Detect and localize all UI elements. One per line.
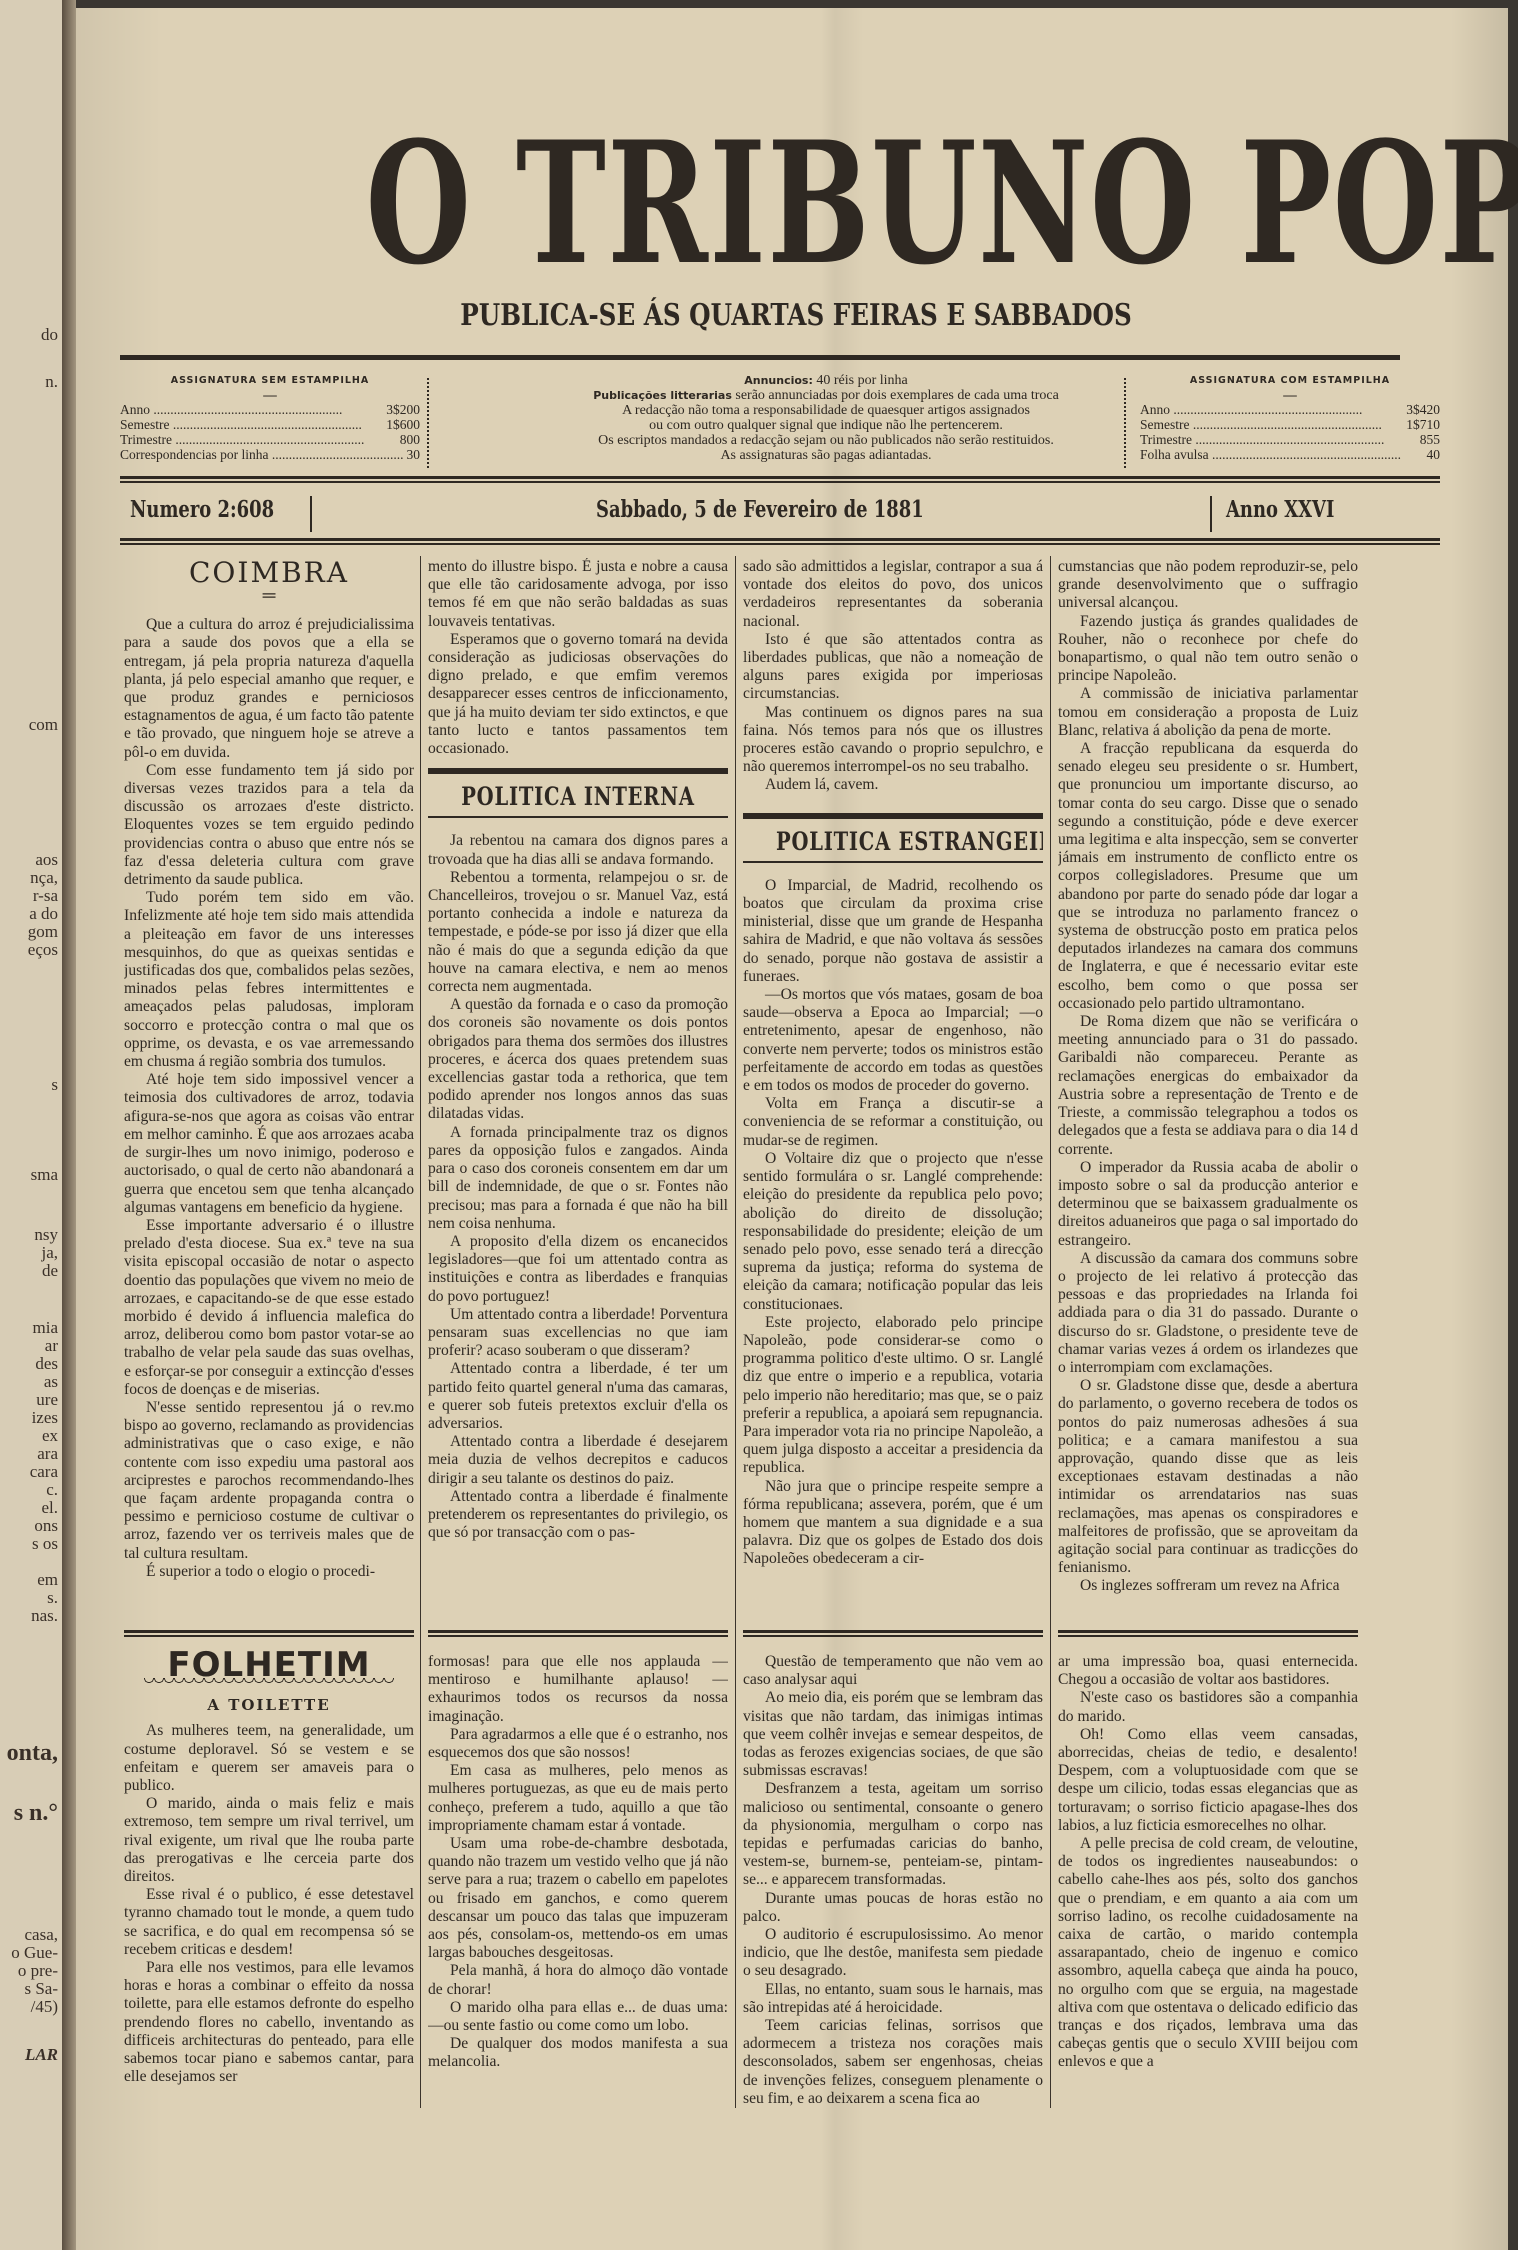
adjacent-text-fragment: de [42, 1261, 58, 1281]
dateline-bottom-rule [120, 538, 1440, 545]
adjacent-text-fragment: cara [30, 1462, 58, 1482]
adjacent-text-fragment: nsy [34, 1225, 58, 1245]
folhetim-subtitle: A TOILETTE [124, 1696, 414, 1714]
adjacent-text-fragment: onta, [7, 1740, 58, 1767]
price-label: Folha avulsa [1140, 447, 1423, 462]
price-label: Correspondencias por linha [120, 447, 403, 462]
price-row: Semestre1$710 [1140, 417, 1440, 432]
paragraph: Isto é que são attentados contra as libe… [743, 631, 1043, 704]
price-label: Trimestre [1140, 432, 1416, 447]
paragraph: O marido olha para ellas e... de duas um… [428, 1999, 728, 2035]
paragraph: formosas! para que elle nos applauda — m… [428, 1653, 728, 1726]
dateline-divider [1210, 496, 1212, 532]
column-4: cumstancias que não podem reproduzir-se,… [1058, 558, 1358, 1618]
section-rule [428, 768, 728, 774]
paragraph: Para agradarmos a elle que é o estranho,… [428, 1726, 728, 1762]
adjacent-text-fragment: nça, [30, 868, 58, 888]
paragraph: O Imparcial, de Madrid, recolhendo os bo… [743, 877, 1043, 986]
price-row: Anno3$200 [120, 402, 420, 417]
paragraph: Que a cultura do arroz é prejudicialissi… [124, 616, 414, 762]
folhetim-rule [743, 1630, 1043, 1637]
notice-text: Os escriptos mandados a redacção sejam o… [506, 433, 1146, 448]
notice-text: ou com outro qualquer signal que indique… [506, 418, 1146, 433]
adjacent-text-fragment: des [35, 1354, 58, 1374]
column-separator [420, 1648, 421, 2108]
paragraph: Um attentado contra a liberdade! Porvent… [428, 1306, 728, 1361]
notice-text: 40 réis por linha [816, 373, 907, 388]
paragraph: sado são admittidos a legislar, contrapo… [743, 558, 1043, 631]
notice-label: Publicações litterarias [593, 389, 732, 402]
paragraph: O sr. Gladstone disse que, desde a abert… [1058, 1377, 1358, 1577]
adjacent-text-fragment: el. [41, 1498, 58, 1518]
paragraph: Audem lá, cavem. [743, 776, 1043, 794]
section-title: COIMBRA [124, 564, 414, 582]
page-gutter [62, 0, 76, 2250]
paragraph: Usam uma robe-de-chambre desbotada, quan… [428, 1835, 728, 1962]
column-separator [735, 1648, 736, 2108]
paragraph: Não jura que o principe respeite sempre … [743, 1478, 1043, 1569]
price-value: 3$420 [1402, 402, 1440, 417]
paragraph: Attentado contra a liberdade é desejarem… [428, 1433, 728, 1488]
notice-text: serão annunciadas por dois exemplares de… [735, 388, 1058, 403]
adjacent-text-fragment: o pre- [18, 1961, 58, 1981]
paragraph: A pelle precisa de cold cream, de velout… [1058, 1835, 1358, 2072]
adjacent-text-fragment: nas. [31, 1606, 58, 1626]
section-rule [743, 861, 1043, 863]
adjacent-text-fragment: ure [36, 1390, 58, 1410]
price-value: 30 [403, 447, 421, 462]
adjacent-text-fragment: com [29, 715, 58, 735]
masthead-rule [120, 355, 1400, 360]
masthead-subtitle: PUBLICA-SE ÁS QUARTAS FEIRAS E SABBADOS [452, 298, 1141, 333]
paragraph: O auditorio é escrupulosissimo. Ao menor… [743, 1926, 1043, 1981]
masthead-title: O TRIBUNO POPULAR [366, 108, 1187, 298]
column-2: mento do illustre bispo. É justa e nobre… [428, 558, 728, 1618]
price-value: 1$600 [382, 417, 420, 432]
adjacent-text-fragment: mia [33, 1318, 59, 1338]
adjacent-text-fragment: c. [46, 1480, 58, 1500]
paragraph: A fornada principalmente traz os dignos … [428, 1124, 728, 1233]
column-3: sado são admittidos a legislar, contrapo… [743, 558, 1043, 1618]
paragraph: Attentado contra a liberdade é finalment… [428, 1488, 728, 1543]
paragraph: N'esse sentido representou já o rev.mo b… [124, 1399, 414, 1563]
price-row: Trimestre855 [1140, 432, 1440, 447]
heading-dash: — [120, 390, 420, 400]
adjacent-text-fragment: o Gue- [11, 1943, 58, 1963]
price-label: Semestre [1140, 417, 1402, 432]
paragraph: A fracção republicana da esquerda do sen… [1058, 740, 1358, 1013]
paragraph: A discussão da camara dos communs sobre … [1058, 1250, 1358, 1377]
adjacent-text-fragment: ex [42, 1426, 58, 1446]
folhetim-rule [428, 1630, 728, 1637]
issue-date: Sabbado, 5 de Fevereiro de 1881 [596, 496, 924, 523]
paragraph: A questão da fornada e o caso da promoçã… [428, 996, 728, 1123]
paragraph: Para elle nos vestimos, para elle levamo… [124, 1959, 414, 2086]
subscription-heading: ASSIGNATURA SEM ESTAMPILHA [120, 373, 420, 388]
adjacent-text-fragment: a do [29, 904, 58, 924]
column-separator [735, 556, 736, 1656]
adjacent-text-fragment: s n.° [14, 1800, 58, 1827]
paragraph: Ao meio dia, eis porém que se lembram da… [743, 1689, 1043, 1780]
adjacent-text-fragment: s Sa- [24, 1979, 58, 1999]
wavy-divider [1124, 378, 1132, 468]
adjacent-text-fragment: sma [31, 1165, 58, 1185]
price-row: Trimestre800 [120, 432, 420, 447]
folhetim-column-2: formosas! para que elle nos applauda — m… [428, 1653, 728, 2108]
paragraph: Oh! Como ellas veem cansadas, aborrecida… [1058, 1726, 1358, 1835]
price-row: Folha avulsa40 [1140, 447, 1440, 462]
adjacent-text-fragment: s os [32, 1534, 58, 1554]
price-value: 1$710 [1402, 417, 1440, 432]
price-value: 800 [396, 432, 420, 447]
paragraph: A proposito d'ella dizem os encanecidos … [428, 1233, 728, 1306]
paragraph: Mas continuem os dignos pares na sua fai… [743, 704, 1043, 777]
newspaper-page: O TRIBUNO POPULAR PUBLICA-SE ÁS QUARTAS … [76, 8, 1508, 2250]
column-separator [420, 556, 421, 1656]
adjacent-text-fragment: r-sa [33, 886, 58, 906]
subscription-without-stamp: ASSIGNATURA SEM ESTAMPILHA — Anno3$200 S… [120, 373, 420, 462]
paragraph: Pela manhã, á hora do almoço dão vontade… [428, 1962, 728, 1998]
folhetim-column-1: FOLHETIM A TOILETTE As mulheres teem, na… [124, 1648, 414, 2108]
article-coimbra: COIMBRA ═ Que a cultura do arroz é preju… [124, 558, 414, 1618]
paragraph: Rebentou a tormenta, relampejou o sr. de… [428, 869, 728, 996]
price-label: Anno [120, 402, 382, 417]
paragraph: De Roma dizem que não se verificára o me… [1058, 1013, 1358, 1159]
dateline-divider [310, 496, 312, 532]
adjacent-text-fragment: n. [45, 372, 58, 392]
paragraph: A commissão de iniciativa parlamentar to… [1058, 685, 1358, 740]
paragraph: Tudo porém tem sido em vão. Infelizmente… [124, 889, 414, 1071]
paragraph: Durante umas poucas de horas estão no pa… [743, 1890, 1043, 1926]
section-title: POLITICA ESTRANGEIRA [776, 833, 1010, 851]
adjacent-text-fragment: ja, [41, 1243, 58, 1263]
folhetim-column-3: Questão de temperamento que não vem ao c… [743, 1653, 1043, 2108]
price-value: 3$200 [382, 402, 420, 417]
adjacent-text-fragment: aos [35, 850, 58, 870]
adjacent-text-fragment: ar [45, 1336, 58, 1356]
issue-year: Anno XXVI [1226, 496, 1334, 523]
heading-dash: — [1140, 390, 1440, 400]
price-label: Trimestre [120, 432, 396, 447]
paragraph: N'este caso os bastidores são a companhi… [1058, 1689, 1358, 1725]
folhetim-rule [124, 1630, 414, 1637]
paragraph: Ja rebentou na camara dos dignos pares a… [428, 832, 728, 868]
adjacent-text-fragment: em [37, 1570, 58, 1590]
price-row: Correspondencias por linha30 [120, 447, 420, 462]
adjacent-text-fragment: do [41, 325, 58, 345]
price-row: Semestre1$600 [120, 417, 420, 432]
paragraph: mento do illustre bispo. É justa e nobre… [428, 558, 728, 631]
paragraph: Ellas, no entanto, suam sous le harnais,… [743, 1981, 1043, 2017]
section-title: POLITICA INTERNA [461, 788, 695, 806]
notice-label: Annuncios: [744, 374, 813, 387]
paragraph: Este projecto, elaborado pelo principe N… [743, 1314, 1043, 1478]
paragraph: O imperador da Russia acaba de abolir o … [1058, 1159, 1358, 1250]
paragraph: Questão de temperamento que não vem ao c… [743, 1653, 1043, 1689]
paragraph: cumstancias que não podem reproduzir-se,… [1058, 558, 1358, 613]
issue-number: Numero 2:608 [130, 496, 274, 523]
publication-notices: Annuncios: 40 réis por linha Publicações… [506, 373, 1146, 463]
adjacent-page-strip: do n. com aos nça, r-sa a do gom eços s … [0, 0, 62, 2250]
column-separator [1050, 556, 1051, 1656]
paragraph: Esse importante adversario é o illustre … [124, 1217, 414, 1399]
paragraph: Esperamos que o governo tomará na devida… [428, 631, 728, 758]
paragraph: Com esse fundamento tem já sido por dive… [124, 762, 414, 889]
paragraph: Esse rival é o publico, é esse detestave… [124, 1886, 414, 1959]
paragraph: Os inglezes soffreram um revez na Africa [1058, 1577, 1358, 1595]
paragraph: Até hoje tem sido impossivel vencer a te… [124, 1071, 414, 1217]
paragraph: Fazendo justiça ás grandes qualidades de… [1058, 613, 1358, 686]
notice-text: A redacção não toma a responsabilidade d… [506, 403, 1146, 418]
paragraph: O marido, ainda o mais feliz e mais extr… [124, 1795, 414, 1886]
paragraph: Volta em França a discutir-se a convenie… [743, 1095, 1043, 1150]
subscription-with-stamp: ASSIGNATURA COM ESTAMPILHA — Anno3$420 S… [1140, 373, 1440, 462]
price-label: Anno [1140, 402, 1402, 417]
adjacent-text-fragment: izes [32, 1408, 58, 1428]
title-divider: ═ [124, 586, 414, 604]
paragraph: —Os mortos que vós mataes, gosam de boa … [743, 986, 1043, 1095]
adjacent-text-fragment: casa, [24, 1925, 58, 1945]
folhetim-title: FOLHETIM [124, 1656, 414, 1674]
paragraph: ar uma impressão boa, quasi enternecida.… [1058, 1653, 1358, 1689]
adjacent-text-fragment: gom [28, 922, 58, 942]
folhetim-rule [1058, 1630, 1358, 1637]
paragraph: De qualquer dos modos manifesta a sua me… [428, 2035, 728, 2071]
section-rule [743, 813, 1043, 819]
adjacent-text-fragment: as [44, 1372, 58, 1392]
adjacent-text-fragment: ons [34, 1516, 58, 1536]
folhetim-column-4: ar uma impressão boa, quasi enternecida.… [1058, 1653, 1358, 2108]
price-row: Anno3$420 [1140, 402, 1440, 417]
adjacent-text-fragment: eços [28, 940, 58, 960]
adjacent-text-fragment: ara [37, 1444, 58, 1464]
subscription-heading: ASSIGNATURA COM ESTAMPILHA [1140, 373, 1440, 388]
column-separator [1050, 1648, 1051, 2108]
paragraph: As mulheres teem, na generalidade, um co… [124, 1722, 414, 1795]
adjacent-text-fragment: s. [47, 1588, 58, 1608]
paragraph: É superior a todo o elogio o procedi- [124, 1563, 414, 1581]
paragraph: O Voltaire diz que o projecto que n'esse… [743, 1150, 1043, 1314]
price-label: Semestre [120, 417, 382, 432]
price-value: 855 [1416, 432, 1440, 447]
adjacent-text-fragment: LAR [25, 2045, 58, 2065]
adjacent-text-fragment: /45) [31, 1997, 58, 2017]
notice-text: As assignaturas são pagas adiantadas. [506, 448, 1146, 463]
price-value: 40 [1423, 447, 1441, 462]
paragraph: Em casa as mulheres, pelo menos as mulhe… [428, 1762, 728, 1835]
dateline-top-rule [120, 476, 1440, 483]
paragraph: Attentado contra a liberdade, é ter um p… [428, 1360, 728, 1433]
adjacent-text-fragment: s [51, 1075, 58, 1095]
wavy-divider [427, 378, 435, 468]
section-rule [428, 816, 728, 818]
paragraph: Desfranzem a testa, ageitam um sorriso m… [743, 1780, 1043, 1889]
paragraph: Teem caricias felinas, sorrisos que ador… [743, 2017, 1043, 2108]
